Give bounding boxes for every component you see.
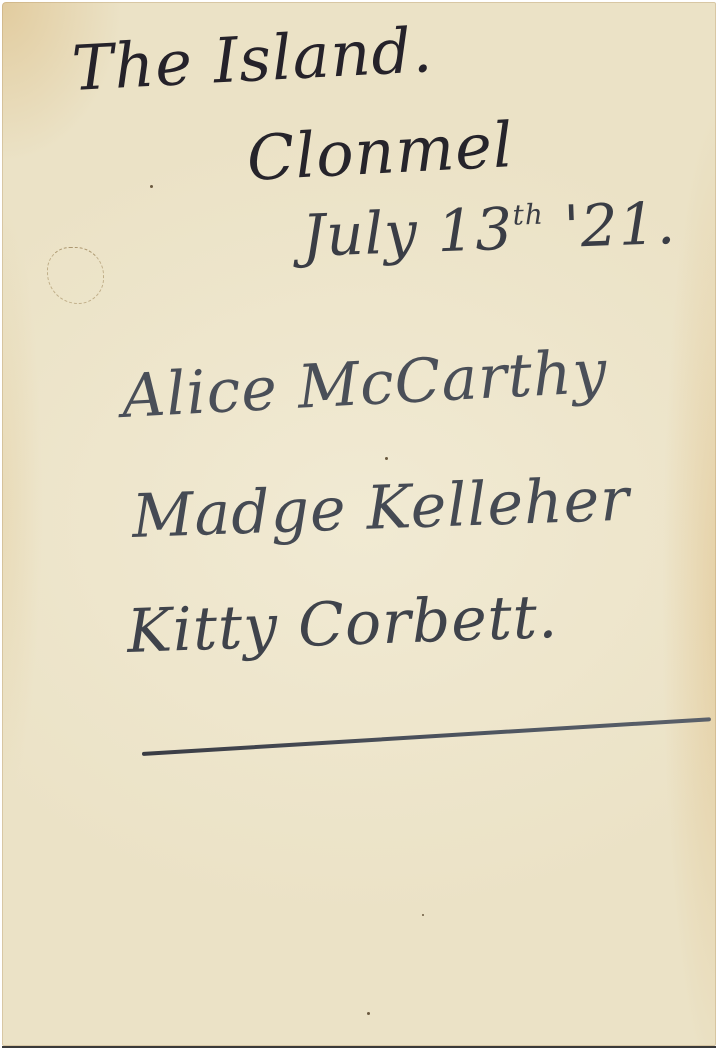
- date-year: '21.: [563, 189, 677, 261]
- ink-underline: [142, 717, 711, 756]
- date-line: July 13th '21.: [301, 189, 677, 270]
- name-alice-mccarthy: Alice McCarthy: [120, 337, 609, 432]
- ink-speck: [150, 185, 153, 188]
- ink-speck: [385, 457, 388, 460]
- place-line: The Island.: [70, 13, 434, 105]
- paper-stain: [47, 247, 104, 304]
- date-suffix: th: [512, 198, 544, 232]
- name-kitty-corbett: Kitty Corbett.: [126, 582, 559, 667]
- ink-speck: [422, 914, 424, 916]
- ink-speck: [367, 1012, 370, 1015]
- town-line: Clonmel: [245, 108, 515, 195]
- paper-card: The Island. Clonmel July 13th '21. Alice…: [2, 2, 716, 1046]
- name-madge-kelleher: Madge Kelleher: [131, 465, 631, 552]
- date-month-day: July 13: [301, 195, 514, 270]
